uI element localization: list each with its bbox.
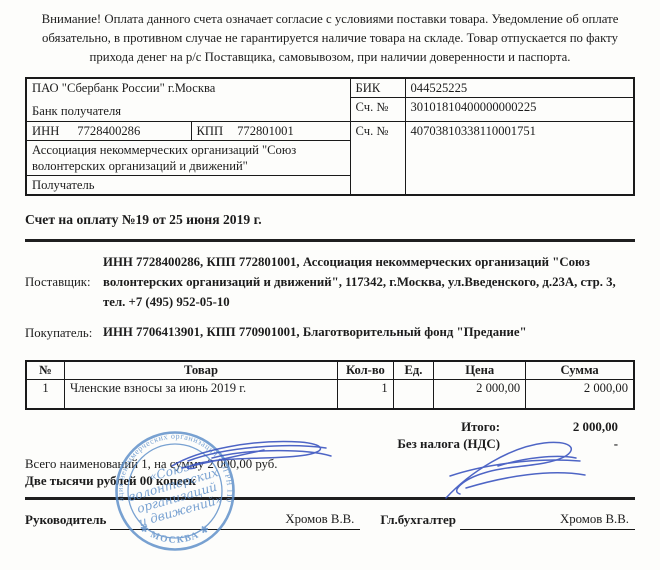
corr-account-label: Сч. № [350, 98, 405, 121]
bank-details-table: ПАО "Сбербанк России" г.Москва Банк полу… [25, 77, 635, 196]
account-label: Сч. № [350, 121, 405, 195]
total-label: Итого: [461, 419, 500, 436]
director-name: Хромов В.В. [285, 512, 354, 526]
supplier-block: Поставщик: ИНН 7728400286, КПП 772801001… [25, 253, 633, 312]
director-label: Руководитель [25, 512, 106, 530]
director-signature-line: Хромов В.В. [110, 512, 360, 530]
amount-in-words: Две тысячи рублей 00 копеек [25, 474, 635, 489]
vat-label: Без налога (НДС) [397, 436, 500, 453]
kpp-cell: КПП772801001 [191, 121, 350, 140]
supplier-label: Поставщик: [25, 275, 103, 290]
col-header-unit: Ед. [393, 361, 433, 380]
col-header-price: Цена [434, 361, 526, 380]
kpp-label: КПП [197, 124, 224, 138]
item-unit [393, 380, 433, 409]
accountant-name: Хромов В.В. [560, 512, 629, 526]
col-header-item: Товар [64, 361, 337, 380]
item-price: 2 000,00 [434, 380, 526, 409]
bank-name: ПАО "Сбербанк России" г.Москва [32, 80, 345, 96]
payment-notice: Внимание! Оплата данного счета означает … [36, 10, 624, 68]
col-header-qty: Кол-во [338, 361, 394, 380]
signature-row: Руководитель Хромов В.В. Гл.бухгалтер Хр… [25, 512, 635, 530]
kpp-value: 772801001 [237, 124, 294, 138]
totals-block: Итого: 2 000,00 Без налога (НДС) - [25, 419, 618, 454]
recipient-caption: Получатель [26, 175, 350, 195]
buyer-block: Покупатель: ИНН 7706413901, КПП 77090100… [25, 323, 633, 343]
summary-line: Всего наименований 1, на сумму 2 000,00 … [25, 457, 635, 472]
item-sum: 2 000,00 [526, 380, 634, 409]
item-num: 1 [26, 380, 64, 409]
buyer-label: Покупатель: [25, 326, 103, 341]
table-row: 1 Членские взносы за июнь 2019 г. 1 2 00… [26, 380, 634, 409]
invoice-title: Счет на оплату №19 от 25 июня 2019 г. [25, 212, 635, 228]
signature-divider [25, 497, 635, 500]
bik-label: БИК [350, 78, 405, 98]
item-qty: 1 [338, 380, 394, 409]
bank-cell: ПАО "Сбербанк России" г.Москва Банк полу… [26, 78, 350, 122]
accountant-label: Гл.бухгалтер [380, 512, 456, 530]
inn-cell: ИНН7728400286 [26, 121, 191, 140]
items-table: № Товар Кол-во Ед. Цена Сумма 1 Членские… [25, 360, 635, 410]
supplier-value: ИНН 7728400286, КПП 772801001, Ассоциаци… [103, 253, 633, 312]
title-divider [25, 239, 635, 242]
corr-account-value: 30101810400000000225 [405, 98, 634, 121]
bik-value: 044525225 [405, 78, 634, 98]
account-value: 40703810338110001751 [405, 121, 634, 195]
items-header-row: № Товар Кол-во Ед. Цена Сумма [26, 361, 634, 380]
recipient-name: Ассоциация некоммерческих организаций "С… [26, 140, 350, 175]
vat-value: - [500, 436, 618, 453]
inn-label: ИНН [32, 124, 59, 138]
inn-value: 7728400286 [77, 124, 140, 138]
col-header-sum: Сумма [526, 361, 634, 380]
col-header-num: № [26, 361, 64, 380]
total-value: 2 000,00 [500, 419, 618, 436]
invoice-page: Внимание! Оплата данного счета означает … [0, 0, 660, 570]
bank-caption: Банк получателя [32, 103, 345, 119]
accountant-signature-line: Хромов В.В. [460, 512, 635, 530]
buyer-value: ИНН 7706413901, КПП 770901001, Благотвор… [103, 323, 633, 343]
item-name: Членские взносы за июнь 2019 г. [64, 380, 337, 409]
